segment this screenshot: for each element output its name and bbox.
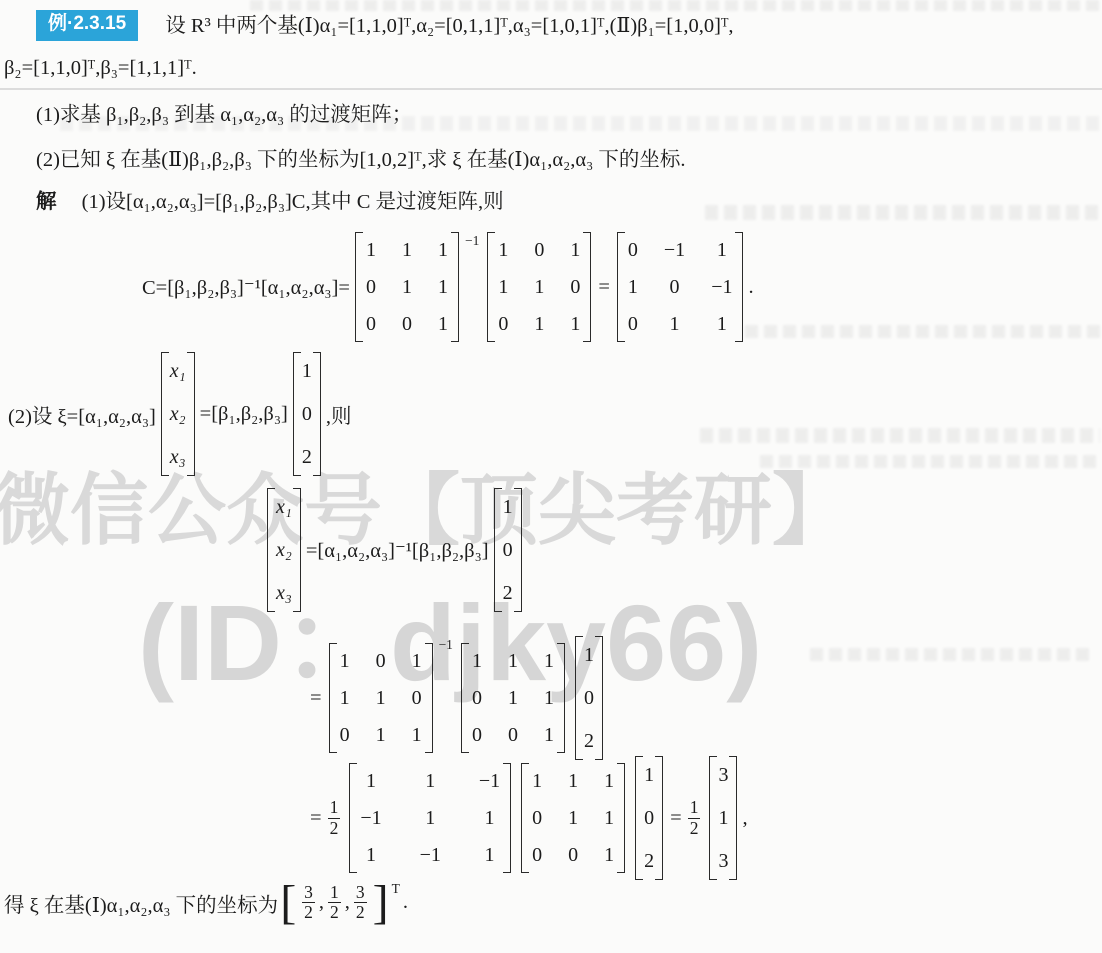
matrix-cell: x₁	[276, 495, 292, 519]
matrix-cell: 2	[503, 581, 513, 605]
bleedthrough-artifact	[705, 205, 1100, 220]
vector-102: 102	[575, 636, 603, 760]
equals-sign: =	[310, 807, 322, 830]
equals-sign: =	[670, 807, 682, 830]
matrix-cell: x₃	[170, 445, 186, 469]
inverse-superscript: −1	[465, 233, 479, 249]
intro-text-line2: β₂=[1,1,0]ᵀ,β₃=[1,1,1]ᵀ.	[4, 55, 197, 82]
matrix-cell: x₃	[276, 581, 292, 605]
matrix-cell: 1	[376, 686, 386, 710]
vector-x: x₁x₂x₃	[161, 352, 195, 476]
fraction-denominator: 2	[688, 818, 701, 839]
matrix-cell: 1	[604, 769, 614, 793]
matrix-cell: 1	[498, 275, 508, 299]
matrix-cell: 1	[438, 312, 448, 336]
equation-transition-matrix: C=[β₁,β₂,β₃]⁻¹[α₁,α₂,α₃]= 111011001 −1 1…	[142, 232, 754, 342]
matrix-cell: 0	[472, 723, 482, 747]
matrix-cell: 1	[544, 649, 554, 673]
matrix-alpha: 101110011	[487, 232, 591, 342]
intro-text-line1: 设 R³ 中两个基(Ⅰ)α₁=[1,1,0]ᵀ,α₂=[0,1,1]ᵀ,α₃=[…	[165, 15, 733, 37]
matrix-beta: 111011001	[521, 763, 625, 873]
close-bracket: ]	[373, 880, 389, 926]
matrix-cell: 1	[503, 495, 513, 519]
matrix-cell: 2	[644, 849, 654, 873]
matrix-cell: 1	[508, 649, 518, 673]
matrix-cell: 1	[302, 359, 312, 383]
matrix-cell: 1	[570, 238, 580, 262]
matrix-cell: −1	[664, 238, 685, 262]
question-2: (2)已知 ξ 在基(Ⅱ)β₁,β₂,β₃ 下的坐标为[1,0,2]ᵀ,求 ξ …	[36, 147, 686, 174]
matrix-cell: 1	[544, 686, 554, 710]
vector-x: x₁x₂x₃	[267, 488, 301, 612]
bleedthrough-artifact	[250, 0, 1100, 11]
matrix-c-result: 0−1110−1011	[617, 232, 744, 342]
matrix-cell: 0	[584, 686, 594, 710]
matrix-cell: 0	[498, 312, 508, 336]
matrix-cell: 1	[438, 238, 448, 262]
open-bracket: [	[280, 880, 296, 926]
eq-x-rhs: =[α₁,α₂,α₃]⁻¹[β₁,β₂,β₃]	[306, 538, 489, 563]
matrix-cell: 1	[485, 843, 495, 867]
conclusion-line: 得 ξ 在基(Ⅰ)α₁,α₂,α₃ 下的坐标为 [ 3 2 , 1 2 , 3 …	[4, 880, 408, 926]
conclusion-text: 得 ξ 在基(Ⅰ)α₁,α₂,α₃ 下的坐标为	[4, 888, 278, 918]
matrix-cell: 1	[438, 275, 448, 299]
equation-step2: = 1 2 11−1−1111−11 111011001 102 = 1 2 3…	[308, 756, 748, 880]
bleedthrough-artifact	[700, 428, 1100, 443]
matrix-cell: 1	[366, 843, 376, 867]
solution-label: 解	[36, 191, 57, 213]
matrix-cell: x₂	[276, 538, 292, 562]
equation-xi-definition: (2)设 ξ=[α₁,α₂,α₃] x₁x₂x₃ =[β₁,β₂,β₃] 102…	[8, 352, 351, 476]
matrix-alpha: 101110011	[329, 643, 433, 753]
matrix-cell: 0	[628, 312, 638, 336]
vector-102: 102	[494, 488, 522, 612]
matrix-cell: 1	[340, 686, 350, 710]
eq-c-lhs: C=[β₁,β₂,β₃]⁻¹[α₁,α₂,α₃]=	[142, 275, 350, 300]
question-1: (1)求基 β₁,β₂,β₃ 到基 α₁,α₂,α₃ 的过渡矩阵；	[36, 102, 412, 129]
matrix-beta: 111011001	[461, 643, 565, 753]
matrix-cell: 1	[498, 238, 508, 262]
matrix-cell: 1	[570, 312, 580, 336]
matrix-cell: 1	[544, 723, 554, 747]
matrix-cell: 1	[508, 686, 518, 710]
matrix-cell: 1	[717, 312, 727, 336]
eq-xi-mid: =[β₁,β₂,β₃]	[200, 403, 288, 426]
fraction-denominator: 2	[328, 902, 341, 923]
fraction-denominator: 2	[302, 902, 315, 923]
comma: ,	[345, 891, 350, 914]
eq-xi-lhs: (2)设 ξ=[α₁,α₂,α₃]	[8, 399, 156, 429]
matrix-cell: 0	[503, 538, 513, 562]
matrix-cell: 1	[584, 643, 594, 667]
matrix-cell: 1	[425, 806, 435, 830]
matrix-cell: −1	[420, 843, 441, 867]
matrix-cell: 1	[604, 806, 614, 830]
equation-step1: = 101110011 −1 111011001 102	[308, 636, 608, 760]
coordinate-fraction-1: 3 2	[302, 883, 315, 923]
fraction-numerator: 1	[328, 883, 341, 903]
matrix-cell: 0	[628, 238, 638, 262]
equals-sign: =	[310, 687, 322, 710]
matrix-cell: 3	[718, 763, 728, 787]
matrix-cell: 1	[366, 238, 376, 262]
matrix-cell: 1	[412, 649, 422, 673]
matrix-cell: 2	[584, 729, 594, 753]
matrix-cell: 0	[402, 312, 412, 336]
matrix-cell: 1	[644, 763, 654, 787]
vector-313-result: 313	[709, 756, 737, 880]
fraction-numerator: 1	[328, 798, 341, 818]
vector-102: 102	[293, 352, 321, 476]
one-half-fraction: 1 2	[328, 798, 341, 838]
matrix-cell: 0	[366, 275, 376, 299]
matrix-cell: 1	[568, 769, 578, 793]
equals-sign: =	[598, 276, 610, 299]
matrix-cell: 1	[717, 238, 727, 262]
fraction-numerator: 3	[302, 883, 315, 903]
matrix-cell: x₁	[170, 359, 186, 383]
matrix-cell: 0	[472, 686, 482, 710]
matrix-cell: −1	[360, 806, 381, 830]
solution-intro-line: 解 (1)设[α₁,α₂,α₃]=[β₁,β₂,β₃]C,其中 C 是过渡矩阵,…	[36, 189, 504, 216]
matrix-cell: 0	[534, 238, 544, 262]
fraction-denominator: 2	[354, 902, 367, 923]
matrix-cell: 1	[412, 723, 422, 747]
matrix-cell: 1	[718, 806, 728, 830]
comma: ,	[742, 807, 747, 830]
matrix-cell: 0	[670, 275, 680, 299]
equation-x-vector: x₁x₂x₃ =[α₁,α₂,α₃]⁻¹[β₁,β₂,β₃] 102	[262, 488, 527, 612]
transpose-superscript: T	[392, 881, 400, 897]
matrix-cell: 0	[508, 723, 518, 747]
matrix-cell: 0	[532, 806, 542, 830]
matrix-cell: 0	[570, 275, 580, 299]
fraction-numerator: 3	[354, 883, 367, 903]
matrix-cell: 0	[366, 312, 376, 336]
matrix-cell: 3	[718, 849, 728, 873]
fraction-numerator: 1	[688, 798, 701, 818]
matrix-cell: 1	[425, 769, 435, 793]
coordinate-fraction-3: 3 2	[354, 883, 367, 923]
vector-102: 102	[635, 756, 663, 880]
comma: ,	[319, 891, 324, 914]
matrix-cell: 0	[644, 806, 654, 830]
matrix-cell: 0	[532, 843, 542, 867]
example-heading-line: 例·2.3.15 设 R³ 中两个基(Ⅰ)α₁=[1,1,0]ᵀ,α₂=[0,1…	[36, 12, 734, 43]
matrix-cell: 1	[485, 806, 495, 830]
matrix-cell: −1	[711, 275, 732, 299]
matrix-beta: 111011001	[355, 232, 459, 342]
matrix-cell: 1	[340, 649, 350, 673]
matrix-cell: 0	[302, 402, 312, 426]
matrix-cell: 1	[532, 769, 542, 793]
matrix-cell: 0	[568, 843, 578, 867]
matrix-cell: 0	[376, 649, 386, 673]
inverse-superscript: −1	[439, 637, 453, 653]
matrix-alpha-inverse: 11−1−1111−11	[349, 763, 511, 873]
matrix-cell: 1	[534, 312, 544, 336]
fraction-denominator: 2	[328, 818, 341, 839]
bleedthrough-artifact	[745, 325, 1100, 338]
matrix-cell: 1	[628, 275, 638, 299]
solution-intro-text: (1)设[α₁,α₂,α₃]=[β₁,β₂,β₃]C,其中 C 是过渡矩阵,则	[82, 191, 504, 213]
period: .	[403, 891, 408, 914]
scan-line-artifact	[0, 88, 1102, 90]
matrix-cell: 2	[302, 445, 312, 469]
one-half-fraction: 1 2	[688, 798, 701, 838]
eq-xi-end: ,则	[326, 399, 352, 429]
matrix-cell: 1	[568, 806, 578, 830]
coordinate-fraction-2: 1 2	[328, 883, 341, 923]
matrix-cell: 1	[670, 312, 680, 336]
matrix-cell: 1	[366, 769, 376, 793]
matrix-cell: 1	[402, 238, 412, 262]
matrix-cell: 0	[340, 723, 350, 747]
matrix-cell: −1	[479, 769, 500, 793]
matrix-cell: 1	[472, 649, 482, 673]
bleedthrough-artifact	[810, 648, 1090, 661]
example-number-badge: 例·2.3.15	[36, 10, 138, 41]
matrix-cell: x₂	[170, 402, 186, 426]
matrix-cell: 0	[412, 686, 422, 710]
matrix-cell: 1	[534, 275, 544, 299]
textbook-page: 微信公众号【顶尖考研】 (ID：djky66) 例·2.3.15 设 R³ 中两…	[0, 0, 1102, 953]
matrix-cell: 1	[402, 275, 412, 299]
matrix-cell: 1	[604, 843, 614, 867]
period: .	[748, 276, 753, 299]
matrix-cell: 1	[376, 723, 386, 747]
